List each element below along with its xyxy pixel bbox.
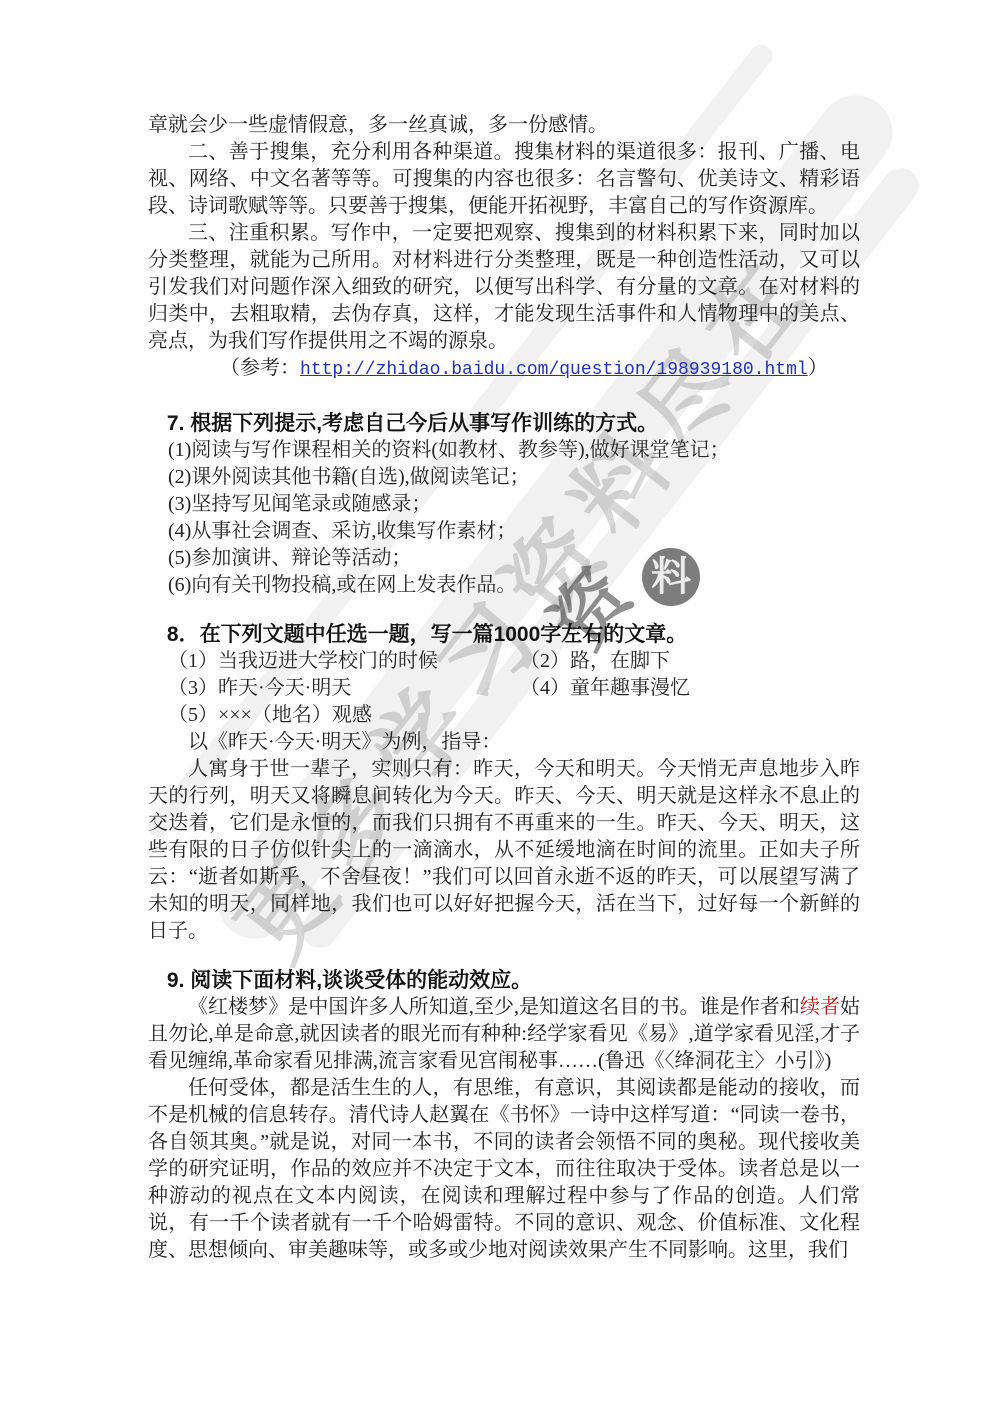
reference-line: （参考：http://zhidao.baidu.com/question/198… <box>148 355 860 384</box>
question-8-topics-row-2: （3）昨天·今天·明天（4）童年趣事漫忆 <box>148 675 860 702</box>
question-8-topics-row-3: （5）×××（地名）观感 <box>148 702 860 729</box>
section-gap <box>148 945 860 967</box>
intro-paragraph-1: 章就会少一些虚情假意，多一丝真诚，多一份感情。 <box>148 112 860 139</box>
question-7-item-1: (1)阅读与写作课程相关的资料(如教材、教参等),做好课堂笔记； <box>148 437 860 464</box>
intro-paragraph-2: 二、善于搜集，充分利用各种渠道。搜集材料的渠道很多：报刊、广播、电视、网络、中文… <box>148 139 860 220</box>
section-gap <box>148 384 860 410</box>
topic-option-5: （5）×××（地名）观感 <box>168 702 520 729</box>
question-8-example-intro: 以《昨天·今天·明天》为例，指导： <box>148 729 860 756</box>
question-7-title: 7. 根据下列提示,考虑自己今后从事写作训练的方式。 <box>148 410 860 437</box>
question-7-item-6: (6)向有关刊物投稿,或在网上发表作品。 <box>148 572 860 599</box>
question-7-item-2: (2)课外阅读其他书籍(自选),做阅读笔记； <box>148 464 860 491</box>
topic-option-3: （3）昨天·今天·明天 <box>168 675 520 702</box>
topic-option-2: （2）路，在脚下 <box>520 650 670 672</box>
document-page: 章就会少一些虚情假意，多一丝真诚，多一份感情。 二、善于搜集，充分利用各种渠道。… <box>148 112 860 1264</box>
reference-prefix: （参考： <box>220 357 300 379</box>
reference-suffix: ） <box>808 357 828 379</box>
question-8-topics-row-1: （1）当我迈进大学校门的时候（2）路，在脚下 <box>148 648 860 675</box>
reference-link[interactable]: http://zhidao.baidu.com/question/1989391… <box>300 360 808 380</box>
section-gap <box>148 599 860 621</box>
topic-option-4: （4）童年趣事漫忆 <box>520 677 690 699</box>
question-7-item-5: (5)参加演讲、辩论等活动； <box>148 545 860 572</box>
question-9-paragraph: 任何受体，都是活生生的人，有思维，有意识，其阅读都是能动的接收，而不是机械的信息… <box>148 1075 860 1264</box>
question-9-quote: 《红楼梦》是中国许多人所知道,至少,是知道这名目的书。谁是作者和续者姑且勿论,单… <box>148 994 860 1075</box>
question-8-title: 8．在下列文题中任选一题，写一篇1000字左右的文章。 <box>148 621 860 648</box>
question-8-example-body: 人寓身于世一辈子，实则只有：昨天，今天和明天。今天悄无声息地步入昨天的行列，明天… <box>148 756 860 945</box>
intro-paragraph-3: 三、注重积累。写作中，一定要把观察、搜集到的材料积累下来，同时加以分类整理，就能… <box>148 220 860 355</box>
question-7-item-3: (3)坚持写见闻笔录或随感录； <box>148 491 860 518</box>
topic-option-1: （1）当我迈进大学校门的时候 <box>168 648 520 675</box>
question-7-item-4: (4)从事社会调查、采访,收集写作素材； <box>148 518 860 545</box>
question-9-title: 9. 阅读下面材料,谈谈受体的能动效应。 <box>148 967 860 994</box>
quote-red-word: 续者 <box>800 996 840 1018</box>
quote-text-before: 《红楼梦》是中国许多人所知道,至少,是知道这名目的书。谁是作者和 <box>188 996 800 1018</box>
